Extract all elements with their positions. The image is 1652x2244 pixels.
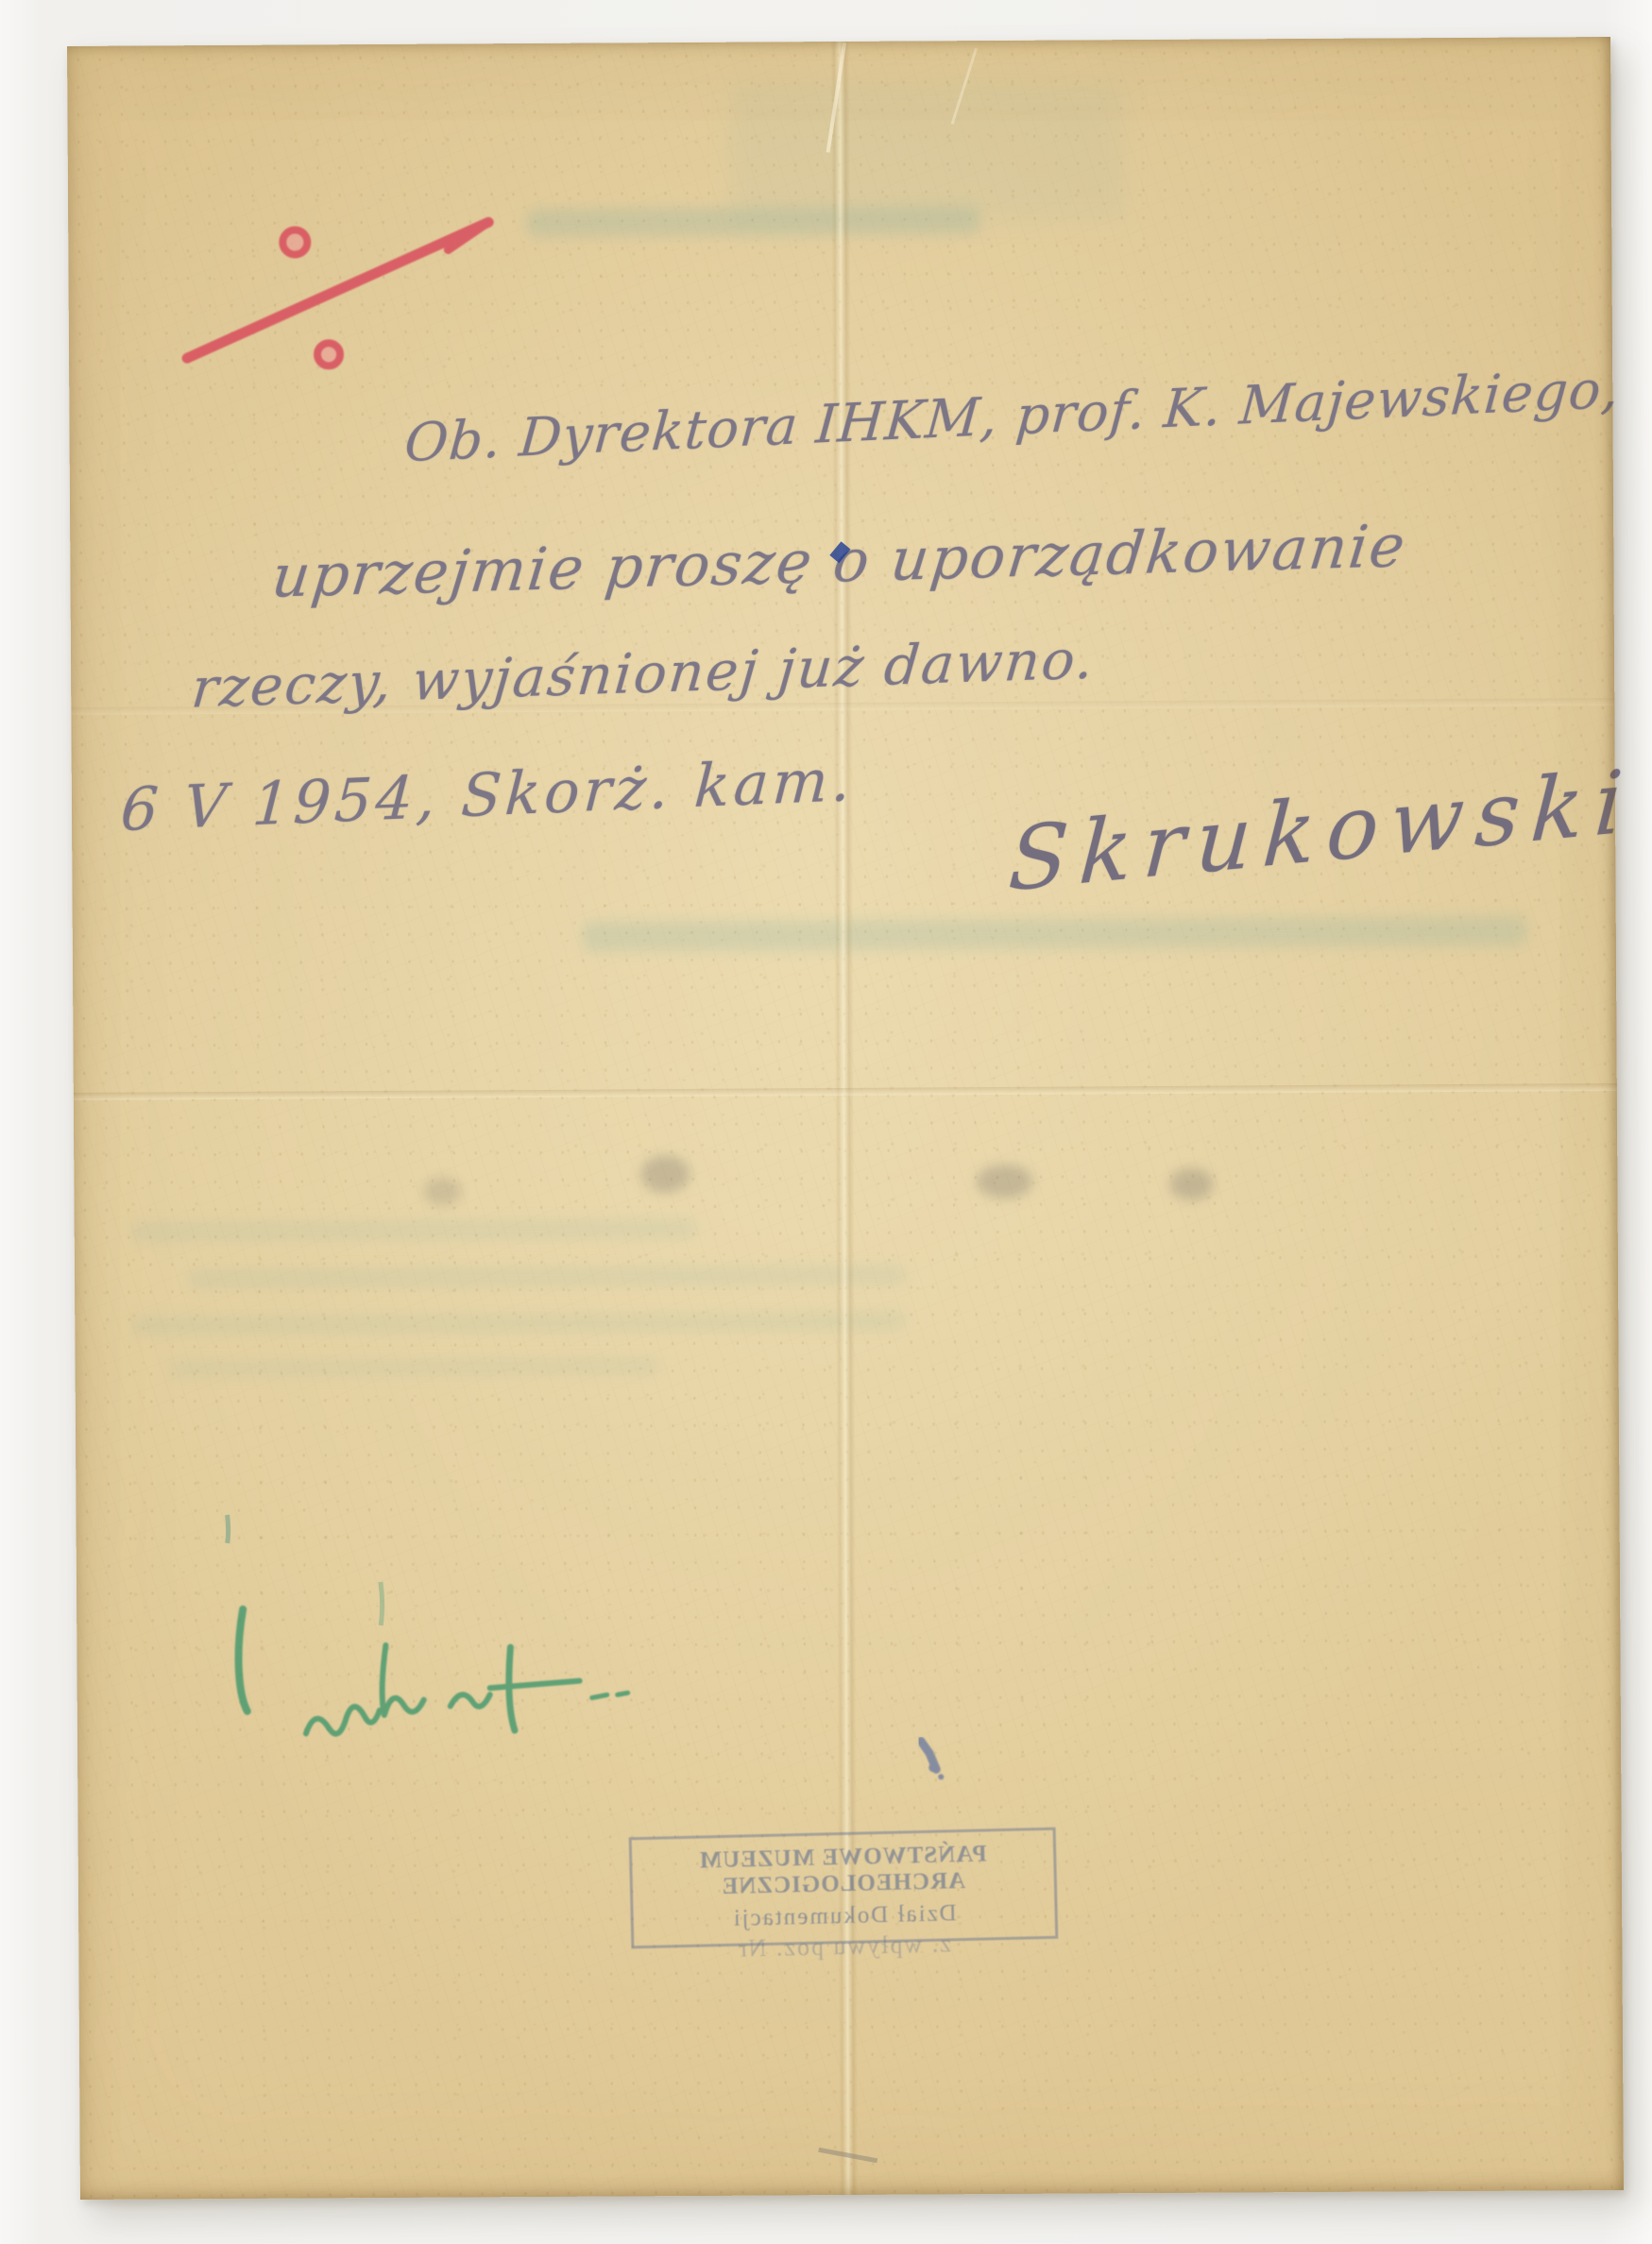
bleed-through-band bbox=[170, 1357, 661, 1377]
handwritten-salutation-line: Ob. Dyrektora IHKM, prof. K. Majewskiego… bbox=[402, 358, 1622, 474]
bleed-through-band bbox=[728, 79, 1126, 224]
bleed-through-smudge bbox=[976, 1164, 1032, 1198]
bleed-through-band bbox=[583, 916, 1527, 952]
bleed-through-band bbox=[131, 1219, 698, 1242]
bleed-through-smudge bbox=[640, 1155, 690, 1193]
bleed-through-smudge bbox=[423, 1177, 461, 1205]
document-paper: Ob. Dyrektora IHKM, prof. K. Majewskiego… bbox=[67, 37, 1624, 2200]
handwritten-signature: Skrukowski bbox=[1006, 750, 1637, 910]
handwritten-date-line: 6 V 1954, Skorż. kam. bbox=[119, 745, 857, 844]
bleed-through-band bbox=[526, 206, 979, 237]
bleed-through-smudge bbox=[1169, 1168, 1213, 1200]
corner-wrinkle bbox=[951, 48, 978, 125]
stamp-museum-name: PAŃSTWOWE MUZEUM ARCHEOLOGICZNE bbox=[638, 1840, 1048, 1902]
bleed-through-band bbox=[188, 1266, 906, 1289]
bleed-through-band bbox=[131, 1312, 906, 1335]
